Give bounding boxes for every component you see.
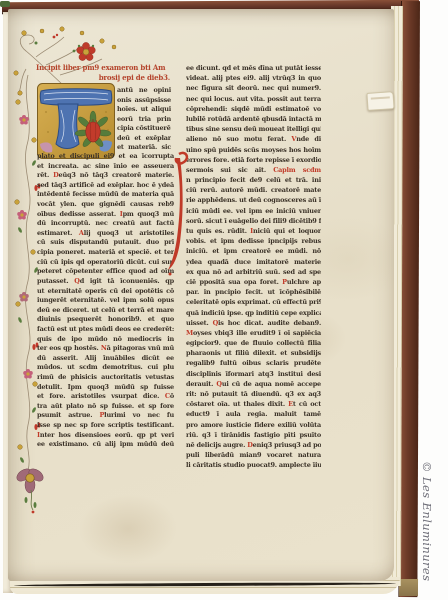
manuscript-text-line: alieno nō suo motu ferat. Vnde di <box>186 134 321 144</box>
manuscript-text-line: nē delicijs augre. Deniq3 priusq3 ad po <box>186 440 321 450</box>
manuscript-text-line: Moyses vbiq3 ille erudit9 ī oī sapiēcia <box>186 328 321 338</box>
manuscript-text-line: et fore. aristotiles vsurpat dice. Cō <box>37 392 174 402</box>
manuscript-text-line: estimaret. Alij quoq3 ut aristotiles <box>37 229 174 239</box>
manuscript-text-line: diuinis psequerēt honorib9. et quo <box>37 315 174 325</box>
manuscript-text-line: intēdentē fecisse mūdū de materia quā <box>37 190 174 200</box>
headband <box>0 1 10 7</box>
manuscript-text-line: regalib9 fultū oibus sclaris prudēte <box>186 358 321 368</box>
manuscript-text-line: pharaonis ut filiū dilexit. et subsidijs <box>186 348 321 358</box>
manuscript-text-line: plato et discipuli ei9 et ea īcorrupta <box>37 152 174 162</box>
manuscript-text-line: factū est ut ptes mūdi deos ee crederēt: <box>37 325 174 335</box>
manuscript-leaf: Incipit liber pm9 exameron bti Am brosij… <box>8 9 394 581</box>
manuscript-text-line: putasset. Qd igit tā īconueniēs. qp <box>37 277 174 287</box>
manuscript-text-line: iciū mūdi ee. vel ipm ee iniciū vniuer <box>186 206 321 216</box>
left-tendril <box>25 75 30 470</box>
manuscript-text-line: tu quis es. rūdit. Iniciū qui et loquor <box>186 226 321 236</box>
manuscript-text-line: educt9 ī aula regia. maluit tamē <box>186 409 321 419</box>
manuscript-text-line: nec qui locus. aut vita. possit aut terr… <box>186 94 321 104</box>
manuscript-text-line: tra aūt plato nō sp fuisse. et sp fore <box>37 402 174 412</box>
manuscript-text-line: hoīes. ut aliqui <box>117 105 171 115</box>
manuscript-text-line: ydea quadā duce imitatorē materie <box>186 257 321 267</box>
manuscript-text-line: sed tāq3 artificē ad exēplar. hoc ē ydeā <box>37 181 174 191</box>
manuscript-text-line: uino spū puidēs scūs moyses hos hoīm <box>186 145 321 155</box>
manuscript-text-line: iniciū. et ipm creatorē ee mūdi. nō <box>186 246 321 256</box>
manuscript-text-line: errores fore. etiā forte repisse ī exord… <box>186 155 321 165</box>
manuscript-text-line: videat. alij ptes ei9. alij vtrūq3 in qu… <box>186 73 321 83</box>
manuscript-text-line: et increata. ac sine īnio ee asseuera <box>37 162 174 172</box>
manuscript-text-line: celeritatē opis exprimat. cū effectū pri… <box>186 297 321 307</box>
manuscript-text-line: sermois sui sic ait. Caplm scdm <box>186 165 321 175</box>
text-column-right: ee dicunt. qd et mēs dīna ut putāt iesse… <box>186 63 321 471</box>
manuscript-text-line: n principio fecit de9 celū et trā. ini <box>186 175 321 185</box>
manuscript-text-line: oībus dedisse asserat. Ipm quoq3 mū <box>37 210 174 220</box>
manuscript-text-line: vocāt ylen. que gignēdi causas reb9 <box>37 200 174 210</box>
copyright-caption: © Les Enluminures <box>420 461 434 581</box>
manuscript-text-line: disciplinis īformari atq3 institui desi <box>186 369 321 379</box>
manuscript-text-line: Inter hos disensioes eorū. qp pt veri <box>37 431 174 441</box>
manuscript-text-line: riū. q3 ī tirānidis fastigio pīti psuīto <box>186 430 321 440</box>
rubric-incipit-line1: Incipit liber pm9 exameron bti Am <box>36 63 170 73</box>
manuscript-text-line: psumit astrue. Plurimi vo nec fu <box>37 411 174 421</box>
illuminated-initial-T <box>36 82 116 160</box>
manuscript-text-line: sorū. sicut ī euāgelio dei fili9 dicētib… <box>186 216 321 226</box>
manuscript-text-line: cipia poneret. materiā et speciē. et ter <box>37 248 174 258</box>
manuscript-text-line: iungerēt eternitatē. vel ipm solū opus <box>37 296 174 306</box>
manuscript-text-line: dū incorruptū. nec creatū aut factū <box>37 219 174 229</box>
manuscript-text-line: rēt. Deūq3 nō tāq3 creatorē materie. <box>37 171 174 181</box>
manuscript-text-line: pro amore iusticie fidere exiliū volūta <box>186 420 321 430</box>
manuscript-text-line: deū et exēplar <box>117 134 171 144</box>
manuscript-text-line: quā indiciū ipse. qp inditiū cepe explic… <box>186 308 321 318</box>
manuscript-text-line: li cāritatis studio puocat9. amplecte īi… <box>186 460 321 470</box>
manuscript-text-line: ter eos qp hostēs. Nā pitagoras vnū mū <box>37 344 174 354</box>
trefoil-flower <box>15 466 46 513</box>
manuscript-text-line: tibus sine sensu deū moueat itelligi qui <box>186 124 321 134</box>
manuscript-text-line: lubilē rotūdā ardentē qbusdā intactā mo <box>186 114 321 124</box>
manuscript-photo: Incipit liber pm9 exameron bti Am brosij… <box>0 0 448 600</box>
manuscript-text-line: onis assūpsisse <box>117 96 171 106</box>
manuscript-text-line: quis de ipo mūdo nō mediocris in <box>37 335 174 345</box>
text-column-left-beside-initial: antū ne opinionis assūpsissehoīes. ut al… <box>117 86 171 153</box>
manuscript-text-line: dū asserit. Alij īnuābiles dicūt ee <box>37 354 174 364</box>
manuscript-text-line: uisset. Qis hoc dicat. audite deban9. <box>186 318 321 328</box>
manuscript-text-line: ciū rerū. autorē mūdi. creatorē mate <box>186 185 321 195</box>
manuscript-text-line: mūdos. ut scdm demotritus. cui plu <box>37 363 174 373</box>
manuscript-text-line: cū suis disputandū putauit. duo prī <box>37 238 174 248</box>
red-flower <box>77 42 96 60</box>
manuscript-text-line: antū ne opini <box>117 86 171 96</box>
manuscript-text-line: ciū cū ipis qd operatoriū dicūt. cui sup <box>37 258 174 268</box>
manuscript-text-line: peteret cōpetenter effice quod ad oīm <box>37 267 174 277</box>
manuscript-text-line: egipcior9. que de fluuio collectū filia <box>186 338 321 348</box>
manuscript-text-line: rit: nō putauit tā diuendū. q3 ex aq3 <box>186 389 321 399</box>
manuscript-text-line: eorū tria prin <box>117 115 171 125</box>
manuscript-text-line: puli liberādū mian9 vocaret natura <box>186 450 321 460</box>
manuscript-text-line: nec figura sit deorū. nec qui numer9. <box>186 83 321 93</box>
manuscript-text-line: cipia cōstituerēt oīm. <box>117 124 171 134</box>
manuscript-text-line: vobis. et ipm dedisse ipncipijs rebus <box>186 236 321 246</box>
manuscript-text-line: ee dicunt. qd et mēs dīna ut putāt iesse <box>186 63 321 73</box>
manuscript-text-line: ex qua nō ad arbitriū suū. sed ad spe <box>186 267 321 277</box>
text-column-left: plato et discipuli ei9 et ea īcorruptaet… <box>37 152 174 450</box>
rosette-flowers <box>17 115 33 379</box>
manuscript-text-line: deū ee diceret. ut celū et terrā et mare <box>37 306 174 316</box>
manuscript-text-line: cōstaret oīa. ut thales dixit. Et cū oct <box>186 399 321 409</box>
manuscript-text-line: ut eternitatē operis cū dei opotētis cō <box>37 287 174 297</box>
manuscript-text-line: isse sp nec sp fore scriptis testificant… <box>37 421 174 431</box>
manuscript-text-line: derauit. Qui cū de aqua nomē accepe <box>186 379 321 389</box>
manuscript-text-line: ee existimano. cū alij ipm mūdū deū <box>37 440 174 450</box>
red-initial-I <box>166 150 190 278</box>
manuscript-text-line: ciē ppositā sua opa foret. Pulchre ap <box>186 277 321 287</box>
manuscript-text-line: cōprehendi: siqdē mūdi estimatoē vo <box>186 104 321 114</box>
manuscript-text-line: par. in pncipio fecit. ut īcōphēsibilē <box>186 287 321 297</box>
manuscript-text-line: rie apphēdens. ut deū cognosceres aū ī <box>186 195 321 205</box>
green-leaves <box>17 160 38 464</box>
manuscript-text-line: rimū de phisicis auctoritatis vetustas <box>37 373 174 383</box>
manuscript-text-line: detulit. Ipm quoq3 mūdū sp fuisse <box>37 383 174 393</box>
index-tab <box>366 91 394 111</box>
book-cover-bottom-corner <box>399 579 418 596</box>
